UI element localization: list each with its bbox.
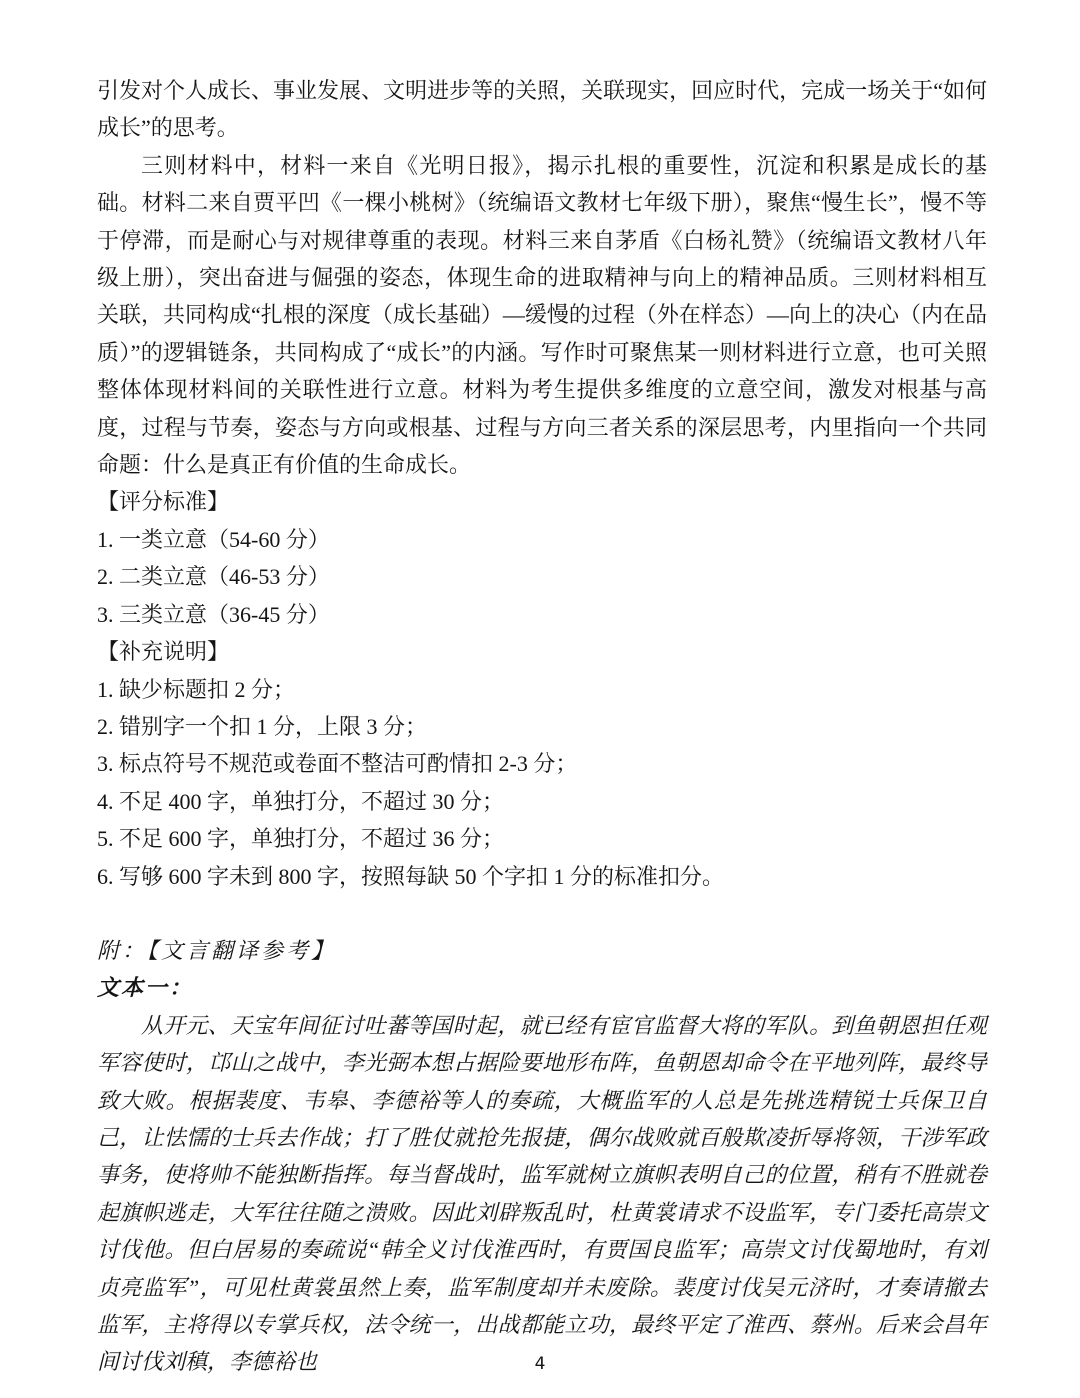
- notes-item-3: 3. 标点符号不规范或卷面不整洁可酌情扣 2-3 分；: [97, 745, 987, 782]
- supplementary-notes-heading: 【补充说明】: [97, 633, 987, 670]
- scoring-item-2: 2. 二类立意（46-53 分）: [97, 558, 987, 595]
- notes-item-4: 4. 不足 400 字，单独打分，不超过 30 分；: [97, 783, 987, 820]
- notes-item-2: 2. 错别字一个扣 1 分，上限 3 分；: [97, 708, 987, 745]
- scoring-item-1: 1. 一类立意（54-60 分）: [97, 521, 987, 558]
- notes-item-5: 5. 不足 600 字，单独打分，不超过 36 分；: [97, 820, 987, 857]
- document-content: 引发对个人成长、事业发展、文明进步等的关照，关联现实，回应时代，完成一场关于“如…: [97, 72, 987, 1381]
- notes-item-6: 6. 写够 600 字未到 800 字，按照每缺 50 个字扣 1 分的标准扣分…: [97, 858, 987, 895]
- text-one-heading: 文本一：: [97, 969, 987, 1006]
- scoring-item-3: 3. 三类立意（36-45 分）: [97, 596, 987, 633]
- text-one-translation-body: 从开元、天宝年间征讨吐蕃等国时起，就已经有宦官监督大将的军队。到鱼朝恩担任观军容…: [97, 1007, 987, 1381]
- paragraph-intro-continuation: 引发对个人成长、事业发展、文明进步等的关照，关联现实，回应时代，完成一场关于“如…: [97, 72, 987, 147]
- appendix-translation-reference-label: 附：【文言翻译参考】: [97, 932, 987, 969]
- scoring-standard-heading: 【评分标准】: [97, 483, 987, 520]
- notes-item-1: 1. 缺少标题扣 2 分；: [97, 671, 987, 708]
- page-number: 4: [0, 1354, 1080, 1374]
- document-page: 引发对个人成长、事业发展、文明进步等的关照，关联现实，回应时代，完成一场关于“如…: [0, 0, 1080, 1398]
- paragraph-materials-analysis: 三则材料中，材料一来自《光明日报》，揭示扎根的重要性，沉淀和积累是成长的基础。材…: [97, 147, 987, 484]
